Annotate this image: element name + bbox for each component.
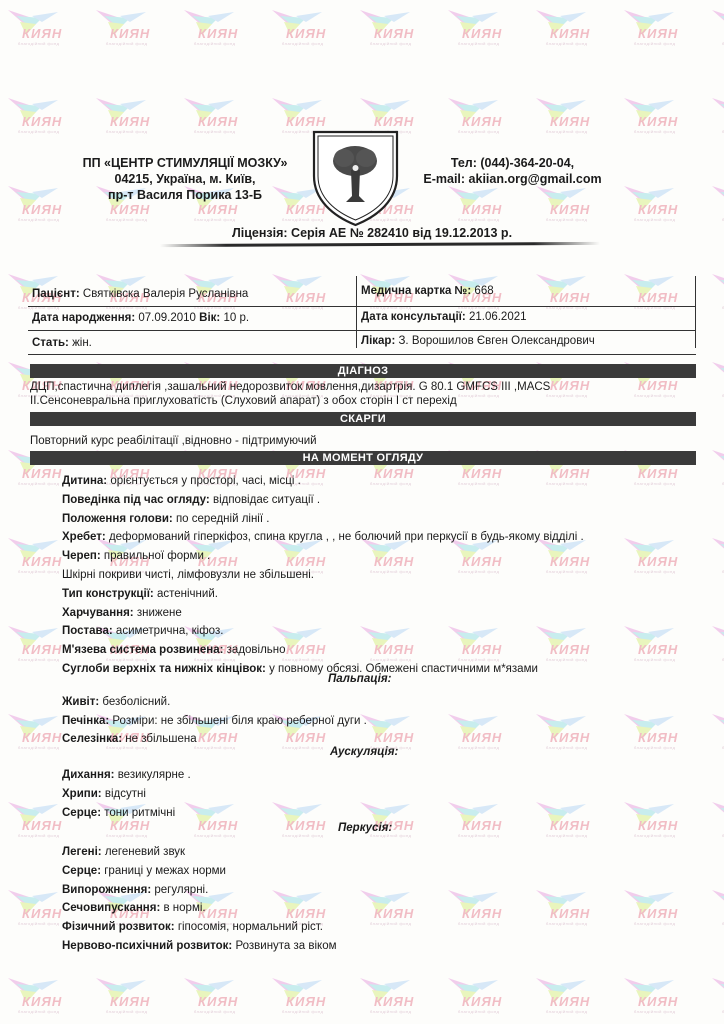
diagnosis-line: ДЦП,спастична диплегія ,зашальний недоро…	[30, 380, 690, 394]
finding-value: Розвинута за віком	[235, 940, 336, 952]
medical-card-number: 668	[474, 285, 493, 297]
finding-value: відповідає ситуації .	[213, 494, 320, 506]
finding-value: знижене	[137, 607, 182, 619]
finding-label: Постава:	[62, 625, 113, 637]
patient-name-field: Пацієнт: Святківска Валерія Русланівна	[32, 283, 248, 305]
sex-field: Стать: жін.	[32, 332, 92, 354]
finding-value: правильної форми .	[104, 550, 210, 562]
finding-value: гіпосомія, нормальний ріст.	[178, 921, 323, 933]
finding-label: Нервово-психічний розвиток:	[62, 940, 232, 952]
tree-shield-icon	[308, 128, 403, 228]
finding-label: Серце:	[62, 807, 101, 819]
patient-name: Святківска Валерія Русланівна	[83, 288, 248, 300]
address-line-2: пр-т Василя Порика 13-Б	[80, 187, 290, 203]
finding-row: Дитина: орієнтується у просторі, часі, м…	[62, 475, 301, 487]
finding-row: Шкірні покриви чисті, лімфовузли не збіл…	[62, 569, 314, 581]
finding-row: Серце: тони ритмічні	[62, 807, 175, 819]
complaints-text: Повторний курс реабілітації ,відновно - …	[30, 434, 690, 448]
finding-value: не збільшена	[125, 733, 196, 745]
finding-value: астенічний.	[157, 588, 218, 600]
finding-value: у повному обсязі. Обмежені спастичними м…	[269, 663, 538, 675]
finding-label: Суглоби верхніх та нижніх кінцівок:	[62, 663, 266, 675]
finding-label: Дихання:	[62, 769, 115, 781]
finding-label: Дитина:	[62, 475, 107, 487]
diagnosis-header: ДІАГНОЗ	[30, 364, 696, 378]
license-info: Ліцензія: Серія АЕ № 282410 від 19.12.20…	[232, 226, 512, 240]
finding-label: Поведінка під час огляду:	[62, 494, 210, 506]
percussion-heading: Перкусія:	[338, 822, 392, 834]
field-label: Медична картка №:	[361, 285, 471, 297]
finding-row: Суглоби верхніх та нижніх кінцівок: у по…	[62, 663, 538, 675]
finding-label: Сечовипускання:	[62, 902, 160, 914]
finding-label: Легені:	[62, 846, 102, 858]
finding-row: Череп: правильної форми .	[62, 550, 210, 562]
complaints-header: СКАРГИ	[30, 412, 696, 426]
diagnosis-line: II.Сенсоневральна приглуховатість (Слухо…	[30, 394, 690, 408]
field-label: Дата консультації:	[361, 311, 466, 323]
organization-block: ПП «ЦЕНТР СТИМУЛЯЦІЇ МОЗКУ» 04215, Украї…	[80, 155, 290, 203]
diagnosis-text: ДЦП,спастична диплегія ,зашальний недоро…	[30, 380, 690, 408]
finding-row: Хребет: деформований гіперкіфоз, спина к…	[62, 531, 584, 543]
finding-value: відсутні	[105, 788, 146, 800]
finding-label: Хребет:	[62, 531, 106, 543]
finding-row: Випорожнення: регулярні.	[62, 884, 208, 896]
age: 10 р.	[223, 312, 249, 324]
field-label: Дата народження:	[32, 312, 135, 324]
finding-value: по середній лінії .	[176, 513, 270, 525]
finding-value: в нормі.	[164, 902, 206, 914]
medical-report-page: ПП «ЦЕНТР СТИМУЛЯЦІЇ МОЗКУ» 04215, Украї…	[0, 0, 724, 1024]
finding-row: Нервово-психічний розвиток: Розвинута за…	[62, 940, 337, 952]
finding-row: Тип конструкції: астенічний.	[62, 588, 218, 600]
finding-label: Тип конструкції:	[62, 588, 154, 600]
finding-row: Серце: границі у межах норми	[62, 865, 226, 877]
finding-row: Печінка: Розміри: не збільшені біля краю…	[62, 715, 367, 727]
table-divider	[695, 276, 696, 348]
finding-row: Поведінка під час огляду: відповідає сит…	[62, 494, 320, 506]
finding-value: безболісний.	[102, 696, 170, 708]
finding-label: Печінка:	[62, 715, 109, 727]
finding-row: Положення голови: по середній лінії .	[62, 513, 269, 525]
palpation-heading: Пальпація:	[328, 673, 391, 685]
field-label: Вік:	[199, 312, 220, 324]
consultation-date-field: Дата консультації: 21.06.2021	[361, 306, 527, 328]
finding-label: Випорожнення:	[62, 884, 151, 896]
finding-label: Живіт:	[62, 696, 99, 708]
sex: жін.	[72, 337, 92, 349]
table-divider	[28, 354, 696, 355]
finding-value: границі у межах норми	[104, 865, 226, 877]
finding-label: Положення голови:	[62, 513, 173, 525]
finding-value: регулярні.	[154, 884, 208, 896]
finding-value: Шкірні покриви чисті, лімфовузли не збіл…	[62, 569, 314, 581]
finding-row: Харчування: знижене	[62, 607, 182, 619]
finding-value: легеневий звук	[105, 846, 185, 858]
consultation-date: 21.06.2021	[469, 311, 527, 323]
contacts-block: Тел: (044)-364-20-04, E-mail: akiian.org…	[420, 155, 605, 187]
finding-label: Харчування:	[62, 607, 134, 619]
table-divider	[356, 276, 357, 348]
finding-value: тони ритмічні	[104, 807, 175, 819]
birth-date-field: Дата народження: 07.09.2010 Вік: 10 р.	[32, 307, 249, 329]
header-divider	[160, 242, 600, 247]
finding-value: асиметрична, кіфоз.	[116, 625, 224, 637]
finding-row: Сечовипускання: в нормі.	[62, 902, 206, 914]
finding-label: Селезінка:	[62, 733, 122, 745]
finding-value: деформований гіперкіфоз, спина кругла , …	[109, 531, 584, 543]
finding-row: Легені: легеневий звук	[62, 846, 185, 858]
auscultation-heading: Аускуляція:	[330, 746, 398, 758]
finding-label: Серце:	[62, 865, 101, 877]
finding-value: орієнтується у просторі, часі, місці .	[110, 475, 300, 487]
finding-value: Розміри: не збільшені біля краю реберної…	[112, 715, 366, 727]
finding-value: везикулярне .	[118, 769, 191, 781]
field-label: Лікар:	[361, 335, 395, 347]
finding-row: Живіт: безболісний.	[62, 696, 170, 708]
field-label: Пацієнт:	[32, 288, 80, 300]
medical-card-field: Медична картка №: 668	[361, 280, 494, 302]
exam-header: НА МОМЕНТ ОГЛЯДУ	[30, 451, 696, 465]
finding-label: М'язева система розвинена:	[62, 644, 223, 656]
doctor-name: З. Ворошилов Євген Олександрович	[398, 335, 594, 347]
email: E-mail: akiian.org@gmail.com	[420, 171, 605, 187]
finding-label: Череп:	[62, 550, 101, 562]
finding-row: Селезінка: не збільшена	[62, 733, 197, 745]
finding-label: Хрипи:	[62, 788, 102, 800]
phone: Тел: (044)-364-20-04,	[420, 155, 605, 171]
finding-row: Хрипи: відсутні	[62, 788, 146, 800]
finding-row: М'язева система розвинена: задовільно	[62, 644, 286, 656]
doctor-field: Лікар: З. Ворошилов Євген Олександрович	[361, 330, 595, 352]
finding-row: Дихання: везикулярне .	[62, 769, 191, 781]
finding-row: Фізичний розвиток: гіпосомія, нормальний…	[62, 921, 323, 933]
finding-value: задовільно	[227, 644, 286, 656]
finding-row: Постава: асиметрична, кіфоз.	[62, 625, 223, 637]
organization-name: ПП «ЦЕНТР СТИМУЛЯЦІЇ МОЗКУ»	[80, 155, 290, 171]
finding-label: Фізичний розвиток:	[62, 921, 175, 933]
field-label: Стать:	[32, 337, 69, 349]
birth-date: 07.09.2010	[138, 312, 196, 324]
address-line-1: 04215, Україна, м. Київ,	[80, 171, 290, 187]
